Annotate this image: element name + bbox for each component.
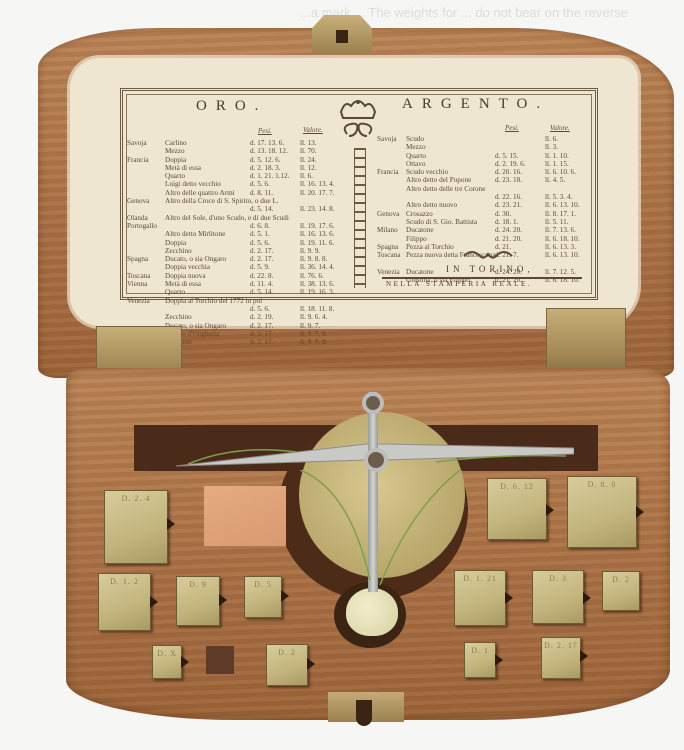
- state-cell: Spagna: [377, 243, 398, 251]
- coin-cell: Ducato, o sia Ongaro: [165, 255, 226, 263]
- weight-notch: [583, 592, 591, 604]
- coin-cell: Altro detto nuovo: [406, 201, 457, 209]
- pesi-cell: d. 8. 11.: [250, 189, 273, 197]
- state-cell: Toscana: [127, 272, 150, 280]
- weight-stamp: D. 9: [177, 580, 219, 589]
- coin-weight[interactable]: D. 9: [176, 576, 220, 626]
- weight-stamp: D. 5: [245, 580, 281, 589]
- valore-cell: ll. 1. 15.: [545, 160, 569, 168]
- pesi-cell: d. 5. 6.: [250, 305, 270, 313]
- imprint-rule: [382, 277, 582, 279]
- weight-notch: [546, 504, 554, 516]
- valore-cell: ll. 9. 9.: [300, 247, 320, 255]
- silver-title: ARGENTO.: [402, 96, 549, 113]
- coin-weight[interactable]: D. 8. 0: [567, 476, 637, 548]
- pesi-cell: d. 2. 17.: [250, 255, 273, 263]
- gold-pesi-header: Pesi.: [258, 127, 272, 135]
- valore-cell: ll. 76. 6.: [300, 272, 324, 280]
- coin-cell: Pezza al Torchio: [406, 243, 454, 251]
- silver-pesi-header: Pesi.: [505, 124, 519, 132]
- pesi-cell: d. 5. 14.: [250, 205, 273, 213]
- weight-stamp: D. 8. 0: [568, 480, 636, 489]
- pesi-cell: d. 11. 4.: [250, 280, 273, 288]
- valore-cell: ll. 5. 11.: [545, 218, 569, 226]
- coin-cell: Scudo vecchio: [406, 168, 448, 176]
- pesi-cell: d. 30.: [495, 210, 511, 218]
- pesi-cell: d. 22. 8.: [250, 272, 273, 280]
- center-pivot-ring: [364, 448, 388, 472]
- weight-notch: [281, 590, 289, 602]
- coin-cell: Luigi detto vecchio: [165, 180, 221, 188]
- coin-cell: Mezzo: [406, 143, 426, 151]
- valore-cell: ll. 16. 13. 4.: [300, 180, 335, 188]
- scroll-ornament-icon: [462, 248, 514, 262]
- pesi-cell: d. 13. 18. 12.: [250, 147, 288, 155]
- pesi-cell: d. 20. 16.: [495, 168, 522, 176]
- silver-states-column: Savoja Francia Genova Milano Spagna Tosc…: [377, 135, 400, 276]
- valore-cell: ll. 6.: [300, 172, 313, 180]
- valore-cell: ll. 6.: [545, 135, 558, 143]
- valore-cell: ll. 24.: [300, 156, 317, 164]
- pesi-cell: d. 2. 17.: [250, 330, 273, 338]
- pesi-cell: d. 2. 17.: [250, 338, 273, 346]
- pesi-cell: d. 23. 18.: [495, 176, 522, 184]
- valore-cell: ll. 20. 17. 7.: [300, 189, 335, 197]
- pesi-cell: d. 18. 1.: [495, 218, 518, 226]
- weight-stamp: D. 2. 4: [105, 494, 167, 503]
- coin-weight[interactable]: D. X: [152, 645, 182, 679]
- weight-stamp: D. 6. 12: [488, 482, 546, 491]
- weight-stamp: D. 2: [603, 575, 639, 584]
- imprint-city: IN TORINO,: [446, 264, 534, 274]
- gold-title: ORO.: [196, 98, 267, 115]
- weight-notch: [636, 506, 644, 518]
- pesi-cell: d. 5. 1.: [250, 230, 270, 238]
- coin-cell: Altro detto del Popone: [406, 176, 471, 184]
- weight-notch: [307, 658, 315, 670]
- weight-stamp: D. 1. 21: [455, 574, 505, 583]
- valore-cell: ll. 9. 6. 4.: [300, 313, 327, 321]
- coin-cell: Doppia nuova: [165, 272, 206, 280]
- weight-stamp: D. X: [153, 649, 181, 658]
- coin-cell: Doppia al Torchio del 1772 in poi: [165, 297, 262, 305]
- valore-cell: ll. 38. 13. 6.: [300, 280, 335, 288]
- pesi-cell: d. 24. 20.: [495, 226, 522, 234]
- weight-stamp: D. 2. 17: [542, 641, 580, 650]
- state-cell: Genova: [127, 197, 149, 205]
- pesi-cell: d. 5. 14.: [250, 288, 273, 296]
- state-cell: Olanda: [127, 214, 148, 222]
- coin-cell: Ducatone: [406, 268, 434, 276]
- coin-cell: Quarto: [165, 288, 185, 296]
- pan-cords: [290, 470, 470, 600]
- coin-weight[interactable]: D. 1. 2: [98, 573, 151, 631]
- valore-cell: ll. 23. 14. 8.: [300, 205, 335, 213]
- copper-weight-plate: [204, 486, 286, 546]
- valore-cell: ll. 12.: [300, 164, 317, 172]
- coin-cell: Quarto: [406, 152, 426, 160]
- coin-weight[interactable]: D. 6. 12: [487, 478, 547, 540]
- silver-valore-header: Valore.: [550, 124, 570, 132]
- coin-cell: Ducatone: [406, 226, 434, 234]
- state-cell: Francia: [127, 156, 149, 164]
- royal-crown-monogram-icon: [337, 96, 379, 144]
- silver-valore-column: ll. 6. ll. 3. ll. 1. 10. ll. 1. 15. ll. …: [545, 135, 580, 284]
- state-cell: Toscana: [377, 251, 400, 259]
- clasp-hole: [336, 30, 348, 43]
- coin-cell: Carlino: [165, 139, 187, 147]
- valore-cell: ll. 70.: [300, 147, 317, 155]
- weight-notch: [167, 518, 175, 530]
- weight-stamp: D. 2: [267, 648, 307, 657]
- valore-cell: ll. 9. 9. 8.: [300, 338, 327, 346]
- coin-cell: Altro detto Mirlitone: [165, 230, 225, 238]
- right-hinge: [546, 308, 626, 372]
- coin-weight[interactable]: D. 3: [532, 570, 584, 624]
- valore-cell: ll. 9. 7. 8.: [300, 330, 327, 338]
- coin-weight[interactable]: D. 2. 17: [541, 637, 581, 679]
- coin-cell: Metà di essa: [165, 164, 201, 172]
- valore-cell: ll. 36. 14. 4.: [300, 263, 335, 271]
- coin-cell: Mezzo: [165, 147, 185, 155]
- coin-cell: Metà di essa: [165, 280, 201, 288]
- state-cell: Savoja: [127, 139, 147, 147]
- valore-cell: ll. 4. 5.: [545, 176, 565, 184]
- weight-stamp: D. 1: [465, 646, 495, 655]
- valore-cell: ll. 19. 17. 6.: [300, 222, 335, 230]
- valore-cell: ll. 1. 10.: [545, 152, 569, 160]
- pesi-cell: d. 21. 20.: [495, 235, 522, 243]
- valore-cell: ll. 9. 7.: [300, 322, 320, 330]
- gold-valore-column: ll. 13. ll. 70. ll. 24. ll. 12. ll. 6. l…: [300, 139, 335, 346]
- state-cell: Genova: [377, 210, 399, 218]
- clasp-pin: [356, 700, 372, 726]
- weight-notch: [219, 594, 227, 606]
- imprint-press: NELLA STAMPERIA REALE.: [386, 280, 532, 288]
- coin-weight[interactable]: D. 1: [464, 642, 496, 678]
- coin-cell: Doppia: [165, 239, 186, 247]
- pesi-cell: d. 5. 12. 6.: [250, 156, 281, 164]
- state-cell: Vienna: [127, 280, 147, 288]
- valore-cell: ll. 5. 3. 4.: [545, 193, 572, 201]
- weight-notch: [181, 656, 189, 668]
- pesi-cell: d. 17. 13. 6.: [250, 139, 284, 147]
- pesi-cell: d. 2. 19. 6.: [495, 160, 526, 168]
- coin-cell: Zecchino: [165, 247, 192, 255]
- gold-states-column: Savoja Francia Genova Olanda Portogallo …: [127, 139, 157, 305]
- floral-divider-ornament: [354, 148, 366, 288]
- valore-cell: ll. 7. 13. 6.: [545, 226, 576, 234]
- valore-cell: ll. 6. 13. 10.: [545, 201, 580, 209]
- coin-cell: Scudo: [406, 135, 424, 143]
- pesi-cell: d. 22. 16.: [495, 193, 522, 201]
- weight-stamp: D. 3: [533, 574, 583, 583]
- valore-cell: ll. 6. 18. 10.: [545, 235, 580, 243]
- weight-notch: [150, 596, 158, 608]
- pesi-cell: d. 23. 21.: [495, 201, 522, 209]
- coin-weight[interactable]: D. 2. 4: [104, 490, 168, 564]
- valore-cell: ll. 19. 16. 3.: [300, 288, 335, 296]
- valore-cell: ll. 13.: [300, 139, 317, 147]
- valore-cell: ll. 18. 11. 8.: [300, 305, 334, 313]
- valore-cell: ll. 6. 10. 6.: [545, 168, 576, 176]
- coin-cell: Altro detto delle tre Corone: [406, 185, 485, 193]
- state-cell: Spagna: [127, 255, 148, 263]
- coin-cell: Doppia vecchia: [165, 263, 210, 271]
- valore-cell: ll. 7. 12. 5.: [545, 268, 576, 276]
- state-cell: Venezia: [377, 268, 400, 276]
- pesi-cell: d. 5. 9.: [250, 263, 270, 271]
- coin-cell: Ottavo: [406, 160, 426, 168]
- pesi-cell: d. 5. 6.: [250, 239, 270, 247]
- valore-cell: ll. 6. 13. 3.: [545, 243, 576, 251]
- coin-cell: Doppia: [165, 156, 186, 164]
- pesi-cell: d. 5. 6.: [250, 180, 270, 188]
- coin-weight[interactable]: D. 2: [602, 571, 640, 611]
- coin-weight[interactable]: D. 5: [244, 576, 282, 618]
- coin-cell: Scudo di S. Gio. Battista: [406, 218, 477, 226]
- valore-cell: ll. 9. 8. 8.: [300, 255, 327, 263]
- state-cell: Francia: [377, 168, 399, 176]
- pesi-cell: d. 2. 17.: [250, 322, 273, 330]
- coin-weight[interactable]: D. 2: [266, 644, 308, 686]
- coin-cell: Altro delle quattro Armi: [165, 189, 235, 197]
- valore-cell: ll. 3.: [545, 143, 558, 151]
- base-clasp: [328, 692, 404, 722]
- pesi-cell: d. 2. 17.: [250, 247, 273, 255]
- valore-cell: ll. 8. 17. 1.: [545, 210, 576, 218]
- state-cell: Portogallo: [127, 222, 157, 230]
- state-cell: Milano: [377, 226, 398, 234]
- lid-clasp: [312, 15, 372, 53]
- gold-valore-header: Valore.: [303, 126, 323, 134]
- coin-cell: Quarto: [165, 172, 185, 180]
- weight-notch: [580, 650, 588, 662]
- coin-cell: Filippo: [406, 235, 427, 243]
- weight-stamp: D. 1. 2: [99, 577, 150, 586]
- pesi-cell: d. 1. 21. 1.12.: [250, 172, 290, 180]
- coin-cell: Zecchino: [165, 313, 192, 321]
- state-cell: Venezia: [127, 297, 150, 305]
- valore-cell: ll. 6. 13. 10.: [545, 251, 580, 259]
- gold-pesi-column: d. 17. 13. 6. d. 13. 18. 12. d. 5. 12. 6…: [250, 139, 290, 346]
- weight-notch: [505, 592, 513, 604]
- coin-weight[interactable]: D. 1. 21: [454, 570, 506, 626]
- valore-cell: ll. 19. 11. 6.: [300, 239, 334, 247]
- pesi-cell: d. 6. 8.: [250, 222, 270, 230]
- empty-weight-slot: [206, 646, 234, 674]
- coin-cell: Crosazzo: [406, 210, 433, 218]
- pesi-cell: d. 2. 18. 3.: [250, 164, 281, 172]
- state-cell: Savoja: [377, 135, 397, 143]
- weight-notch: [495, 654, 503, 666]
- pesi-cell: d. 5. 15.: [495, 152, 518, 160]
- valore-cell: ll. 16. 13. 6.: [300, 230, 335, 238]
- pesi-cell: d. 2. 19.: [250, 313, 273, 321]
- top-pivot-ring: [362, 392, 384, 414]
